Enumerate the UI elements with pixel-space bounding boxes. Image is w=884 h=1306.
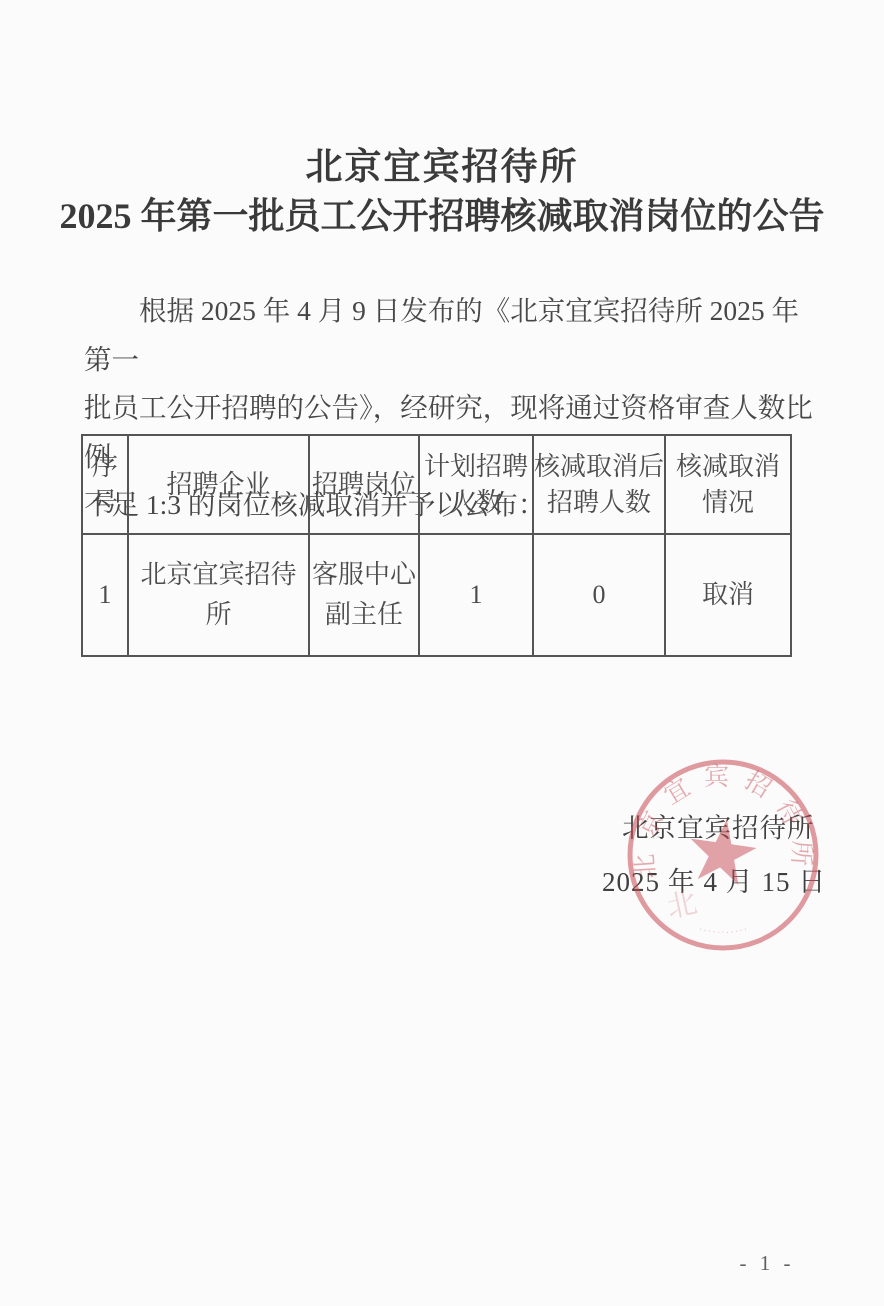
document-title-line2: 2025 年第一批员工公开招聘核减取消岗位的公告 (0, 188, 884, 239)
cell-company: 北京宜宾招待所 (128, 534, 309, 656)
cell-planned-count: 1 (419, 534, 533, 656)
table-row: 1 北京宜宾招待所 客服中心 副主任 1 0 取消 (82, 534, 791, 656)
signature-date: 2025 年 4 月 15 日 (602, 860, 826, 899)
cell-after-cut-count: 0 (533, 534, 665, 656)
page-number: - 1 - (712, 1251, 822, 1276)
table-header-row: 序 号 招聘企业 招聘岗位 计划招聘 人数 核减取消后 招聘人数 核减取消 情况 (82, 435, 791, 534)
header-planned-count: 计划招聘 人数 (419, 435, 533, 534)
document-title-line1: 北京宜宾招待所 (0, 136, 884, 190)
cell-position: 客服中心 副主任 (309, 534, 419, 656)
cell-seq-no: 1 (82, 534, 128, 656)
header-position: 招聘岗位 (309, 435, 419, 534)
official-seal-stamp: 北京宜宾招待所 · · · · · · · · · · · 北 (623, 755, 823, 955)
cell-cut-status: 取消 (665, 534, 791, 656)
signature-org: 北京宜宾招待所 (622, 806, 815, 845)
header-after-cut-count: 核减取消后 招聘人数 (533, 435, 665, 534)
header-cut-status: 核减取消 情况 (665, 435, 791, 534)
stamp-bottom-marks: · · · · · · · · · · · (698, 924, 748, 936)
positions-table: 序 号 招聘企业 招聘岗位 计划招聘 人数 核减取消后 招聘人数 核减取消 情况… (81, 434, 792, 657)
header-company: 招聘企业 (128, 435, 309, 534)
stamp-ring (630, 762, 816, 948)
document-page: 北京宜宾招待所 2025 年第一批员工公开招聘核减取消岗位的公告 根据 2025… (0, 0, 884, 1306)
header-seq-no: 序 号 (82, 435, 128, 534)
